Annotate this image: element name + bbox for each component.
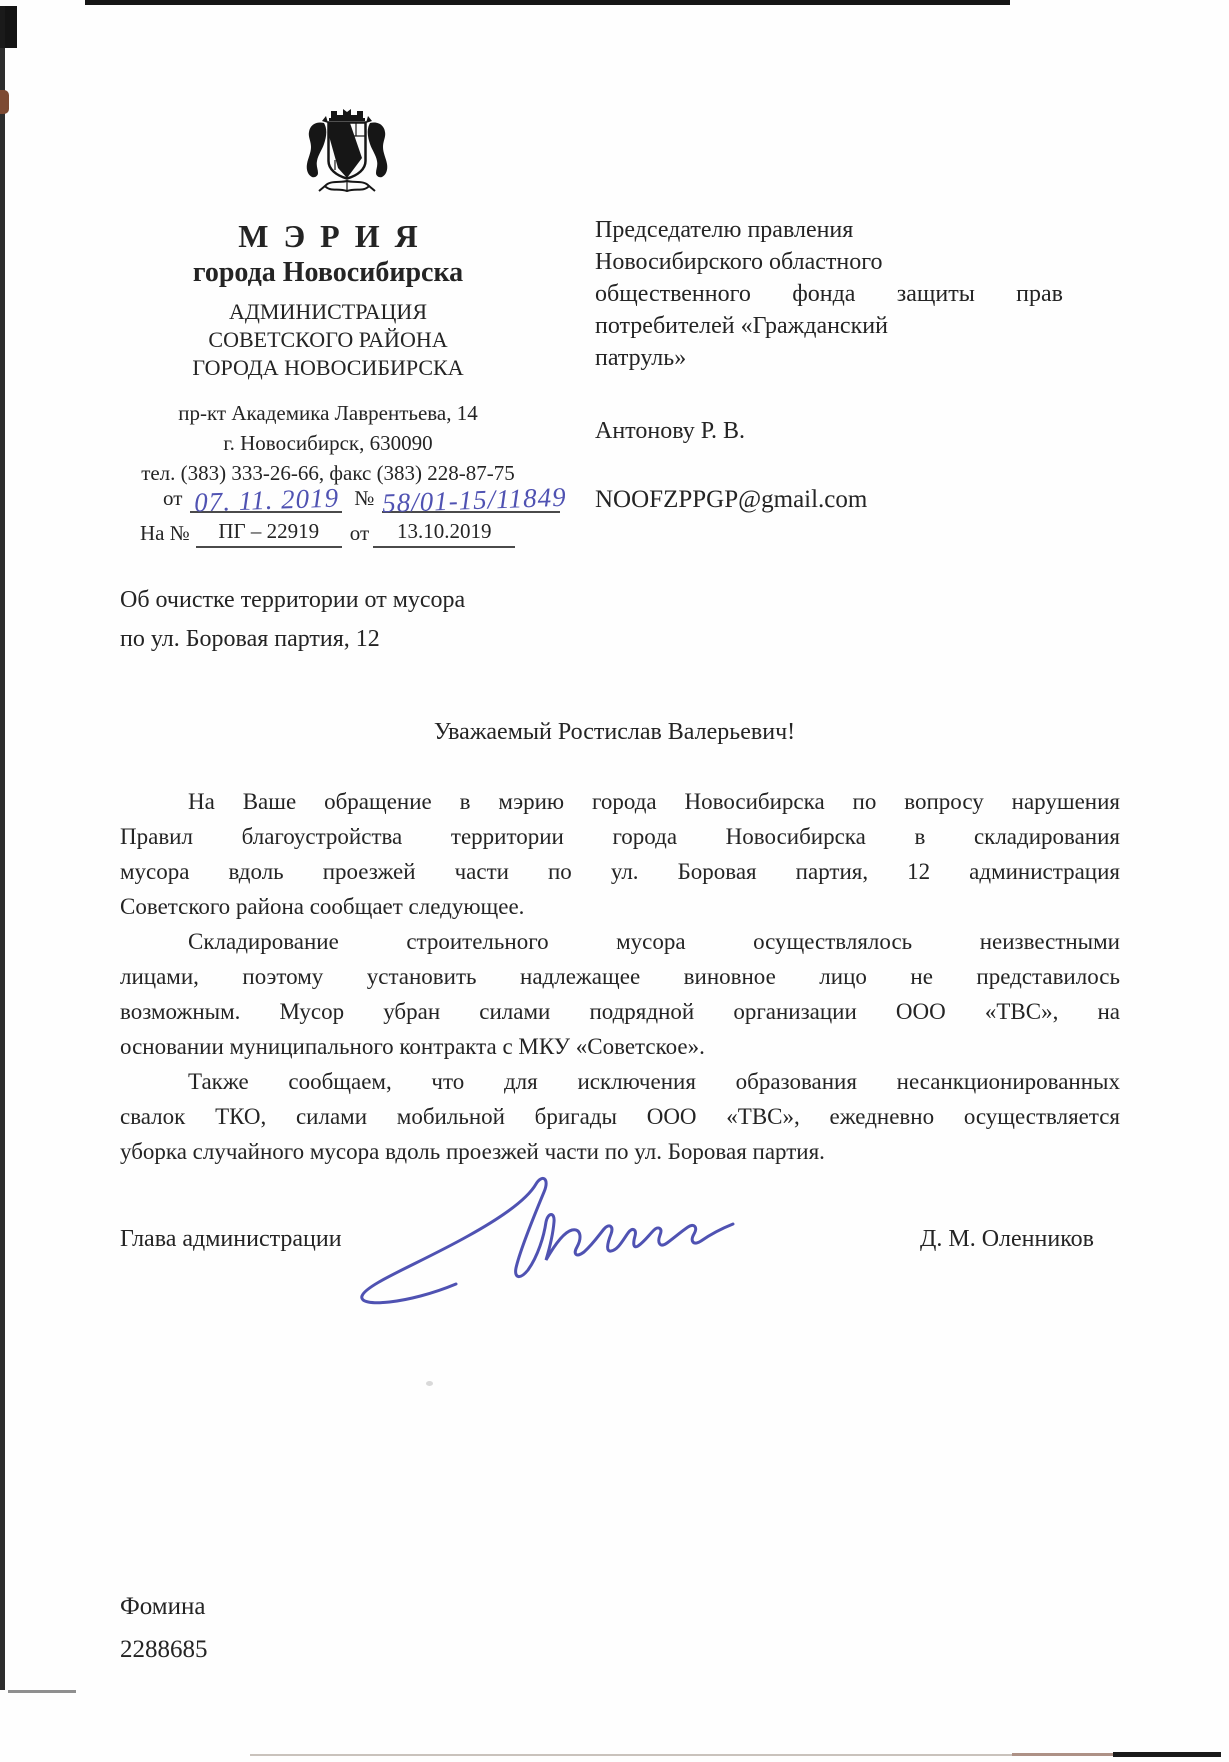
handwritten-date: 07. 11. 2019 [194, 484, 340, 516]
scan-artifact-left-strip [0, 6, 5, 1690]
outgoing-number-field: 58/01-15/11849 [382, 483, 560, 513]
reply-to-date: 13.10.2019 [373, 519, 515, 548]
reply-from-label: от [350, 521, 369, 548]
scan-artifact-left-tick [8, 1690, 76, 1693]
scan-artifact-smudge [426, 1381, 433, 1386]
subject-line2: по ул. Боровая партия, 12 [120, 620, 465, 659]
recipient-line: Председателю правления [595, 214, 1063, 246]
handwritten-number: 58/01-15/11849 [382, 484, 567, 517]
body-line: лицами, поэтому установить надлежащее ви… [120, 959, 1120, 994]
number-label: № [354, 486, 374, 513]
reply-ref-line: На № ПГ – 22919 от 13.10.2019 [140, 519, 515, 548]
executor-phone: 2288685 [120, 1636, 208, 1664]
body-line: Советского района сообщает следующее. [120, 889, 1120, 924]
signer-position-title: Глава администрации [120, 1226, 342, 1253]
recipient-block: Председателю правления Новосибирского об… [595, 214, 1063, 374]
body-line: мусора вдоль проезжей части по ул. Боров… [120, 854, 1120, 889]
body-line: основании муниципального контракта с МКУ… [120, 1029, 1120, 1064]
salutation: Уважаемый Ростислав Валерьевич! [0, 719, 1229, 746]
org-address-city: г. Новосибирск, 630090 [98, 428, 558, 458]
recipient-email: NOOFZPPGP@gmail.com [595, 486, 867, 514]
org-dept-line3: ГОРОДА НОВОСИБИРСКА [98, 354, 558, 382]
scan-artifact-bottom-line-tint [1012, 1753, 1115, 1756]
outgoing-ref-line: от 07. 11. 2019 № 58/01-15/11849 [163, 483, 560, 513]
novosibirsk-coat-of-arms-icon [300, 106, 394, 198]
signer-name: Д. М. Оленников [920, 1226, 1094, 1253]
scan-artifact-top-line [85, 0, 1010, 5]
recipient-name: Антонову Р. В. [595, 418, 745, 445]
body-line: свалок ТКО, силами мобильной бригады ООО… [120, 1099, 1120, 1134]
org-dept-line2: СОВЕТСКОГО РАЙОНА [98, 326, 558, 354]
org-address-street: пр-кт Академика Лаврентьева, 14 [98, 398, 558, 428]
recipient-line: потребителей «Гражданский [595, 310, 1063, 342]
recipient-line: общественного фонда защиты прав [595, 278, 1063, 310]
org-name-main: МЭРИЯ [98, 218, 558, 254]
letter-page: МЭРИЯ города Новосибирска АДМИНИСТРАЦИЯ … [0, 0, 1229, 1762]
handwritten-signature [338, 1172, 770, 1310]
body-line: возможным. Мусор убран силами подрядной … [120, 994, 1120, 1029]
scan-artifact-bottom-line-dark [1113, 1752, 1221, 1757]
body-line: Также сообщаем, что для исключения образ… [120, 1064, 1120, 1099]
subject-line1: Об очистке территории от мусора [120, 581, 465, 620]
org-dept-line1: АДМИНИСТРАЦИЯ [98, 298, 558, 326]
body-line: уборка случайного мусора вдоль проезжей … [120, 1134, 1120, 1169]
outgoing-date-field: 07. 11. 2019 [190, 483, 342, 513]
scan-artifact-bottom-line-faint [250, 1754, 1012, 1756]
body-line: Складирование строительного мусора осуще… [120, 924, 1120, 959]
executor-name: Фомина [120, 1593, 205, 1621]
scan-artifact-left-blob [0, 90, 9, 114]
reply-to-label: На № [140, 521, 190, 548]
recipient-line: патруль» [595, 342, 1063, 374]
letterhead-block: МЭРИЯ города Новосибирска АДМИНИСТРАЦИЯ … [98, 218, 558, 488]
recipient-line: Новосибирского областного [595, 246, 1063, 278]
reply-to-number: ПГ – 22919 [196, 519, 342, 548]
body-line: На Ваше обращение в мэрию города Новосиб… [120, 784, 1120, 819]
org-name-city: города Новосибирска [98, 256, 558, 290]
body-line: Правил благоустройства территории города… [120, 819, 1120, 854]
subject-block: Об очистке территории от мусора по ул. Б… [120, 581, 465, 659]
from-label: от [163, 486, 182, 513]
letter-body: На Ваше обращение в мэрию города Новосиб… [120, 784, 1120, 1169]
